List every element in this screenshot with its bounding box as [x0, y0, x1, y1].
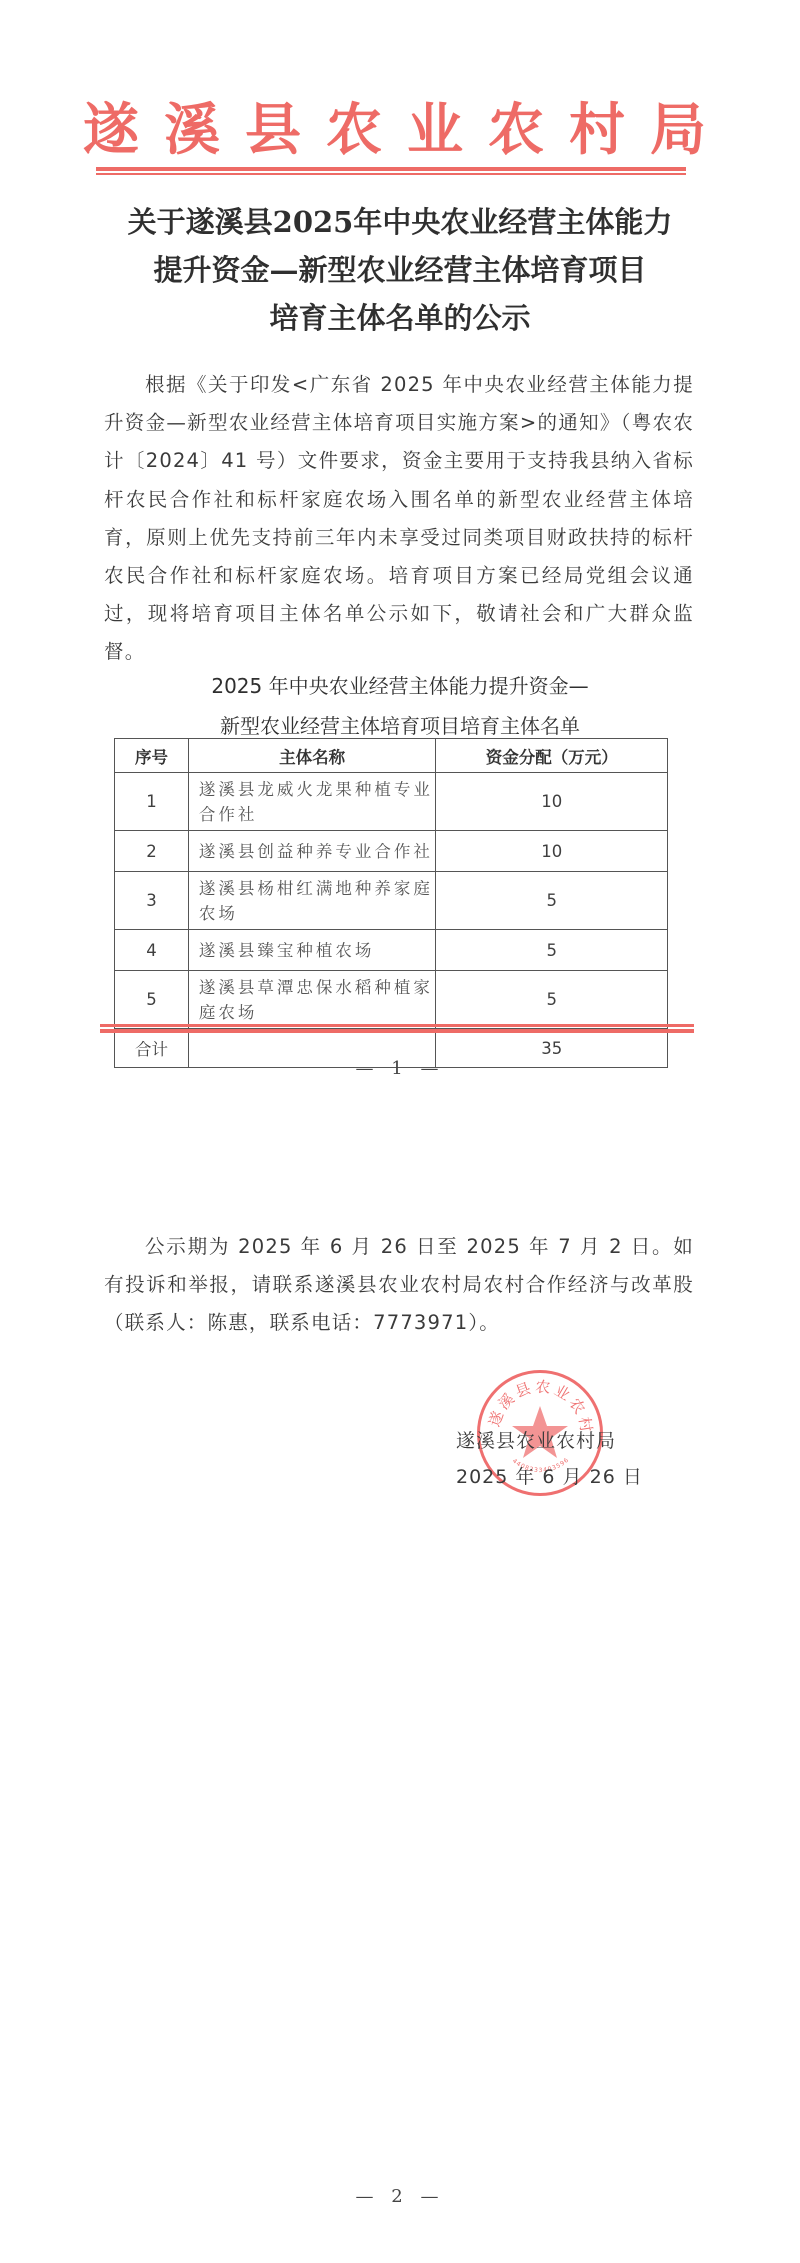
row-index: 2 — [115, 831, 189, 872]
letterhead-red-rule — [96, 167, 686, 175]
title-line-2: 提升资金—新型农业经营主体培育项目 — [0, 246, 800, 294]
page-number-1: — 1 — — [0, 1058, 800, 1079]
signature-date: 2025 年 6 月 26 日 — [456, 1462, 643, 1489]
table-row: 2 遂溪县创益种养专业合作社 10 — [115, 831, 668, 872]
title-line-1: 关于遂溪县2025年中央农业经营主体能力 — [0, 198, 800, 246]
row-entity-name: 遂溪县臻宝种植农场 — [188, 930, 436, 971]
table-caption: 2025 年中央农业经营主体能力提升资金— 新型农业经营主体培育项目培育主体名单 — [100, 666, 700, 746]
row-index: 4 — [115, 930, 189, 971]
row-funding: 10 — [436, 773, 668, 831]
notice-paragraph: 公示期为 2025 年 6 月 26 日至 2025 年 7 月 2 日。如有投… — [104, 1228, 694, 1343]
table-caption-line-1: 2025 年中央农业经营主体能力提升资金— — [100, 666, 700, 706]
header-entity-name: 主体名称 — [188, 739, 436, 773]
letterhead-org-name: 遂溪县农业农村局 — [0, 98, 800, 162]
row-entity-name: 遂溪县杨柑红满地种养家庭农场 — [188, 872, 436, 930]
header-funding: 资金分配（万元） — [436, 739, 668, 773]
row-funding: 5 — [436, 930, 668, 971]
bottom-red-rule — [100, 1024, 694, 1033]
roster-table: 序号 主体名称 资金分配（万元） 1 遂溪县龙威火龙果种植专业合作社 10 2 … — [114, 738, 668, 1068]
table-header-row: 序号 主体名称 资金分配（万元） — [115, 739, 668, 773]
row-index: 5 — [115, 971, 189, 1029]
table-row: 3 遂溪县杨柑红满地种养家庭农场 5 — [115, 872, 668, 930]
row-index: 3 — [115, 872, 189, 930]
title-line-3: 培育主体名单的公示 — [0, 294, 800, 342]
table-row: 1 遂溪县龙威火龙果种植专业合作社 10 — [115, 773, 668, 831]
header-index: 序号 — [115, 739, 189, 773]
table-row: 5 遂溪县草潭忠保水稻种植家庭农场 5 — [115, 971, 668, 1029]
row-entity-name: 遂溪县草潭忠保水稻种植家庭农场 — [188, 971, 436, 1029]
signature-org: 遂溪县农业农村局 — [456, 1426, 616, 1453]
row-entity-name: 遂溪县创益种养专业合作社 — [188, 831, 436, 872]
row-funding: 5 — [436, 971, 668, 1029]
row-entity-name: 遂溪县龙威火龙果种植专业合作社 — [188, 773, 436, 831]
row-funding: 5 — [436, 872, 668, 930]
page-number-2: — 2 — — [0, 2186, 800, 2207]
row-index: 1 — [115, 773, 189, 831]
table-row: 4 遂溪县臻宝种植农场 5 — [115, 930, 668, 971]
body-paragraph: 根据《关于印发<广东省 2025 年中央农业经营主体能力提升资金—新型农业经营主… — [104, 366, 694, 672]
row-funding: 10 — [436, 831, 668, 872]
document-title: 关于遂溪县2025年中央农业经营主体能力 提升资金—新型农业经营主体培育项目 培… — [0, 198, 800, 342]
